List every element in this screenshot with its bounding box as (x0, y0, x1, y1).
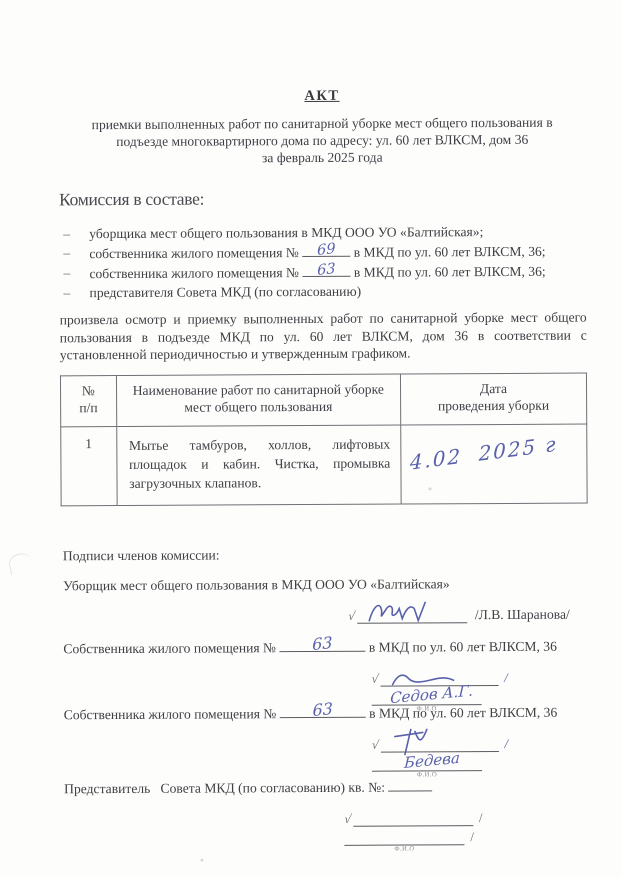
apartment-number-blank-empty (388, 777, 432, 791)
signature-row-owner-1: √ / Седов А.Г. Ф.И.О (371, 666, 588, 689)
commission-heading: Комиссия в составе: (59, 187, 586, 211)
signatures-heading: Подписи членов комиссии: (63, 545, 588, 564)
handwritten-apartment-number: 63 (280, 695, 366, 724)
signer-label-owner-1: Собственника жилого помещения № 63 в МКД… (63, 636, 588, 657)
signature-stroke (365, 599, 439, 627)
signature-separator: / (470, 829, 474, 844)
handwritten-apartment-number: 63 (280, 629, 366, 658)
apartment-number-blank: 63 (302, 263, 350, 277)
commission-member-representative: – представителя Совета МКД (по согласова… (59, 282, 586, 303)
apartment-number-blank: 63 (279, 638, 365, 652)
signer-label-owner-2: Собственника жилого помещения № 63 в МКД… (64, 702, 589, 723)
commission-member-owner-1: – собственника жилого помещения № 69 в М… (59, 242, 586, 264)
table-header-row: № п/п Наименование работ по санитарной у… (60, 373, 586, 427)
row-work-cell: Мытье тамбуров, холлов, лифтовых площадо… (116, 425, 401, 505)
commission-members-list: – уборщика мест общего пользования в МКД… (59, 223, 586, 303)
name-line-empty: Ф.И.О (344, 826, 464, 846)
list-dash: – (59, 264, 89, 283)
signature-row-owner-2: √ / Бедева Ф.И.О (372, 732, 589, 755)
works-table: № п/п Наименование работ по санитарной у… (60, 372, 588, 506)
signature-separator: / (504, 670, 508, 685)
member-text: собственника жилого помещения № 69 в МКД… (89, 242, 545, 263)
fio-label: Ф.И.О (372, 705, 482, 713)
document-title: АКТ (58, 87, 585, 107)
scanned-act-document: АКТ приемки выполненных работ по санитар… (0, 0, 621, 877)
handwritten-apartment-number: 63 (302, 258, 350, 281)
apartment-number-blank: 69 (302, 243, 350, 257)
header-work-column: Наименование работ по санитарной уборке … (116, 374, 400, 426)
subtitle-line-2: подъезде многоквартирного дома по адресу… (59, 131, 586, 151)
signature-line-empty (353, 807, 473, 827)
row-date-cell: 4.02 2025 г (401, 424, 588, 504)
subtitle-line-3: за февраль 2025 года (59, 148, 586, 168)
signature-line (357, 604, 467, 624)
handwritten-cleaning-date: 4.02 2025 г (410, 431, 558, 474)
header-number-column: № п/п (60, 375, 116, 426)
name-line: Бедева Ф.И.О (372, 752, 482, 772)
check-mark: √ (370, 671, 380, 686)
signature-separator: / (479, 810, 483, 825)
signer-label-cleaner: Уборщик мест общего пользования в МКД ОО… (63, 575, 588, 594)
scan-artifact (7, 551, 34, 574)
commission-member-owner-2: – собственника жилого помещения № 63 в М… (59, 262, 586, 284)
list-dash: – (59, 244, 89, 263)
table-row: 1 Мытье тамбуров, холлов, лифтовых площа… (61, 424, 587, 506)
list-dash: – (59, 225, 89, 243)
list-dash: – (59, 284, 89, 302)
member-text: уборщика мест общего пользования в МКД О… (89, 223, 483, 243)
apartment-number-blank: 63 (280, 704, 366, 718)
check-mark: √ (343, 812, 353, 827)
typed-signer-name: /Л.В. Шаранова/ (475, 606, 570, 621)
name-line: Седов А.Г. Ф.И.О (372, 686, 482, 706)
fio-label: Ф.И.О (344, 845, 464, 853)
member-text: представителя Совета МКД (по согласовани… (89, 283, 361, 302)
signature-row-cleaner: √ /Л.В. Шаранова/ (348, 603, 588, 626)
signature-row-representative: √/ Ф.И.О / (344, 806, 589, 829)
document-subtitle: приемки выполненных работ по санитарной … (59, 114, 586, 168)
check-mark: √ (347, 609, 357, 624)
inspection-paragraph: произвела осмотр и приемку выполненных р… (60, 309, 587, 365)
scan-artifact (429, 487, 432, 490)
header-date-column: Дата проведения уборки (400, 373, 586, 425)
scan-artifact (200, 859, 203, 862)
signer-label-representative: Представитель Совета МКД (по согласовани… (64, 776, 589, 797)
check-mark: √ (370, 737, 380, 752)
signature-separator: / (504, 736, 508, 751)
row-number-cell: 1 (61, 426, 117, 505)
member-text: собственника жилого помещения № 63 в МКД… (89, 262, 545, 283)
